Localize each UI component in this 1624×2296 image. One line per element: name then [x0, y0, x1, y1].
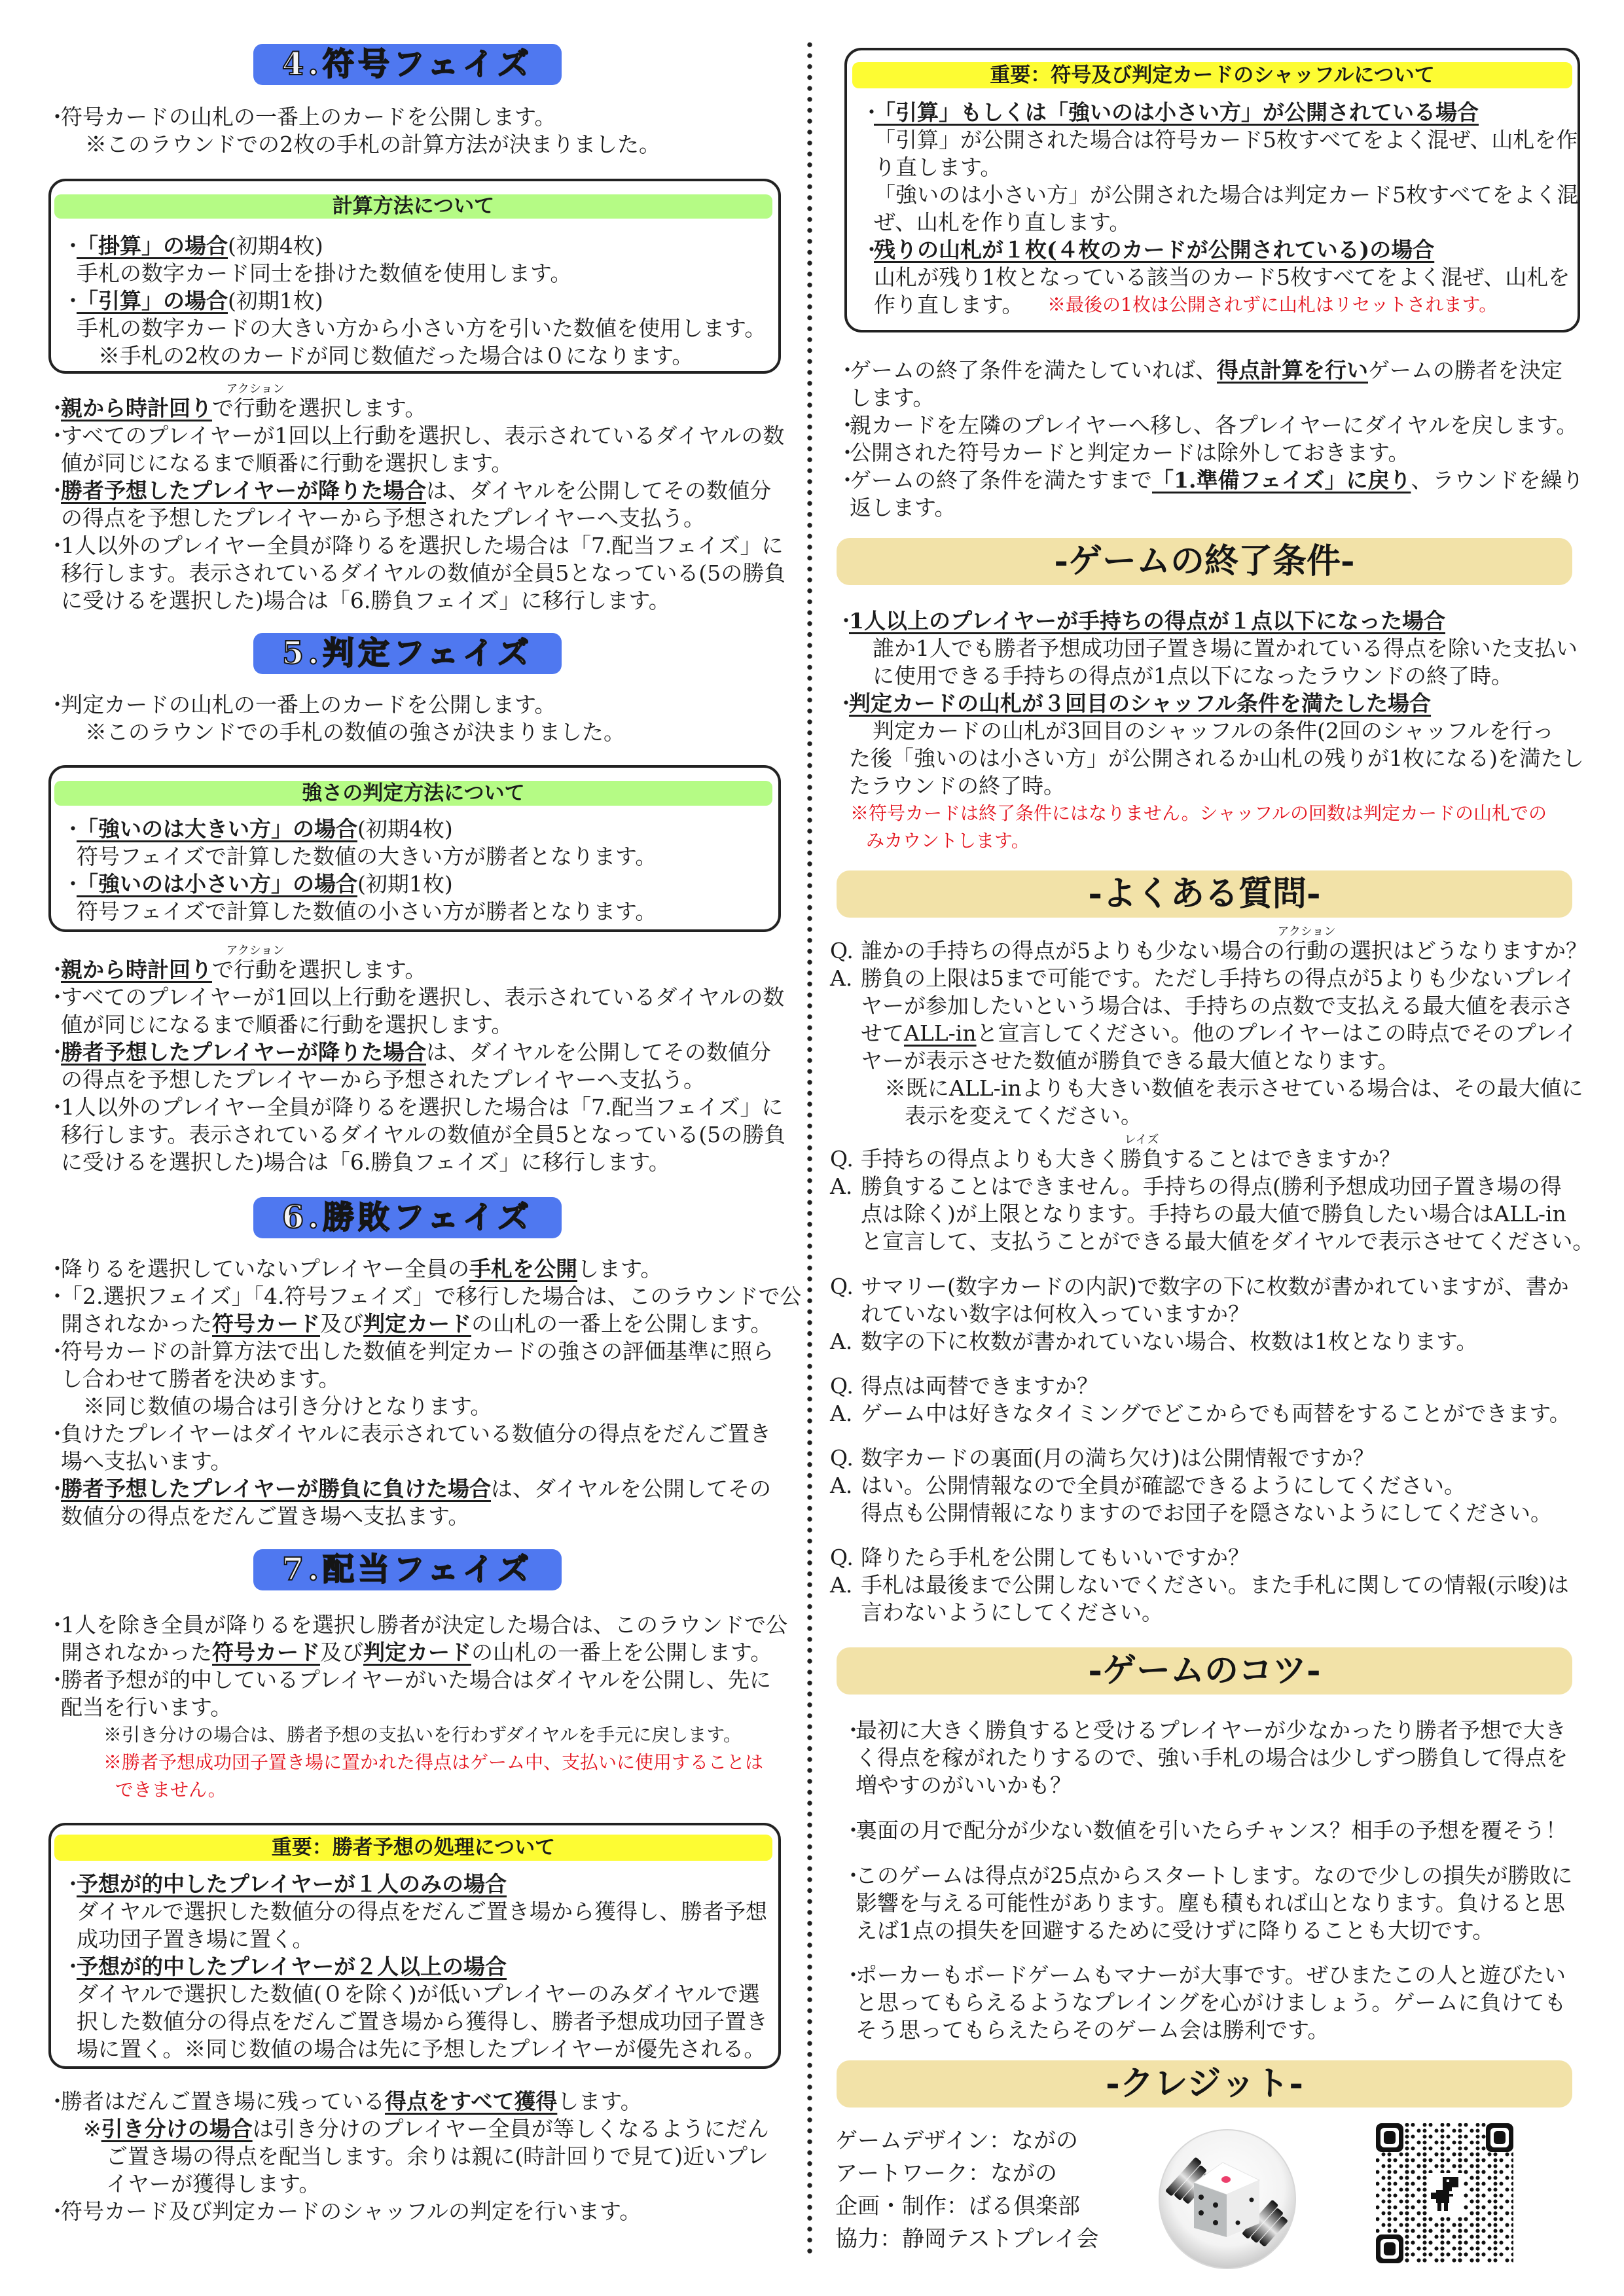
text: は、ダイヤルを公開してその数値分: [426, 478, 771, 503]
credits-header: -クレジット-: [837, 2060, 1572, 2108]
ruby-word: レイズ勝負: [1120, 1145, 1163, 1173]
ruby-base: 行動: [234, 395, 277, 421]
bullet: ・: [46, 532, 61, 560]
text: と宣言してください。他のプレイヤーはこの時点でそのプレイ: [977, 1020, 1578, 1046]
bullet: ・: [842, 1717, 856, 1744]
ruby-base: 行動: [1285, 938, 1328, 963]
intro-line: ・符号カードの山札の一番上のカードを公開します。: [46, 103, 660, 131]
faq-question: Q.得点は両替できますか？: [830, 1372, 1571, 1400]
text: 1人以外のプレイヤー全員が降りるを選択した場合は「7.配当フェイズ」に: [61, 533, 784, 558]
draw-note: ※引き分けの場合は、勝者予想の支払いを行わずダイヤルを手元に戻します。: [46, 1721, 787, 1749]
text: 開されなかった: [61, 1311, 212, 1336]
text: このゲームは得点が25点からスタートします。なので少しの損失が勝敗に: [856, 1863, 1572, 1888]
rule-line: ・勝者予想したプレイヤーが降りた場合は、ダイヤルを公開してその数値分: [46, 477, 785, 505]
emphasis-text: ALL-in: [904, 1020, 977, 1046]
faq-answer-cont: と宣言して、支払うことができる最大値をダイヤルで表示させてください。: [830, 1228, 1594, 1255]
rule-line: ・ゲームの終了条件を満たすまで「1.準備フェイズ」に戻り、ラウンドを繰り: [837, 467, 1583, 494]
bullet: ・: [46, 1475, 61, 1503]
rule-line-cont: 場へ支払います。: [46, 1448, 802, 1475]
ruby-annotation: アクション: [226, 384, 284, 395]
text: 及び: [320, 1311, 363, 1336]
rule-line: ・負けたプレイヤーはダイヤルに表示されている数値分の得点をだんご置き: [46, 1420, 802, 1448]
intro-text: 符号カードの山札の一番上のカードを公開します。: [61, 104, 556, 130]
ruby-word: アクション行動: [1285, 937, 1328, 965]
credit-game-design: ゲームデザイン：ながの: [835, 2125, 1099, 2157]
a-label: A.: [830, 1571, 861, 1599]
strength-item-larger: ・「強いのは大きい方」の場合(初期4枚): [62, 816, 657, 843]
text: はい。公開情報なので全員が確認できるようにしてください。: [861, 1473, 1466, 1498]
credits-list: ゲームデザイン：ながの アートワーク：ながの 企画・制作：ばる倶楽部 協力：静岡…: [835, 2125, 1099, 2255]
rule-line-cont: し合わせて勝者を決めます。: [46, 1365, 802, 1393]
bullet: ・: [62, 870, 77, 898]
text: 作り直します。: [874, 292, 1023, 317]
text: 降りたら手札を公開してもいいですか？: [861, 1545, 1250, 1570]
q-label: Q.: [830, 1145, 861, 1173]
item-label: 「引算」もしくは「強いのは小さい方」が公開されている場合: [874, 99, 1479, 125]
faq-question: Q.降りたら手札を公開してもいいですか？: [830, 1544, 1569, 1571]
faq-question: Q.手持ちの得点よりも大きくレイズ勝負することはできますか？: [830, 1145, 1594, 1173]
text: ゲームの勝者を決定: [1368, 357, 1562, 383]
rule-line-cont: 値が同じになるまで順番に行動を選択します。: [46, 1011, 785, 1039]
tip-item-1: ・最初に大きく勝負すると受けるプレイヤーが少なかったり勝者予想で大き く得点を稼…: [842, 1717, 1568, 1799]
tip-line-cont: えば1点の損失を回避するために受けずに降りることも大切です。: [842, 1917, 1572, 1945]
bullet: ・: [46, 1255, 61, 1283]
bullet: ・: [46, 1283, 61, 1310]
q-label: Q.: [830, 937, 861, 965]
phase6-rules: ・降りるを選択していないプレイヤー全員の手札を公開します。 ・「2.選択フェイズ…: [46, 1255, 802, 1530]
item-label: 1人以上のプレイヤーが手持ちの得点が１点以下になった場合: [849, 608, 1445, 634]
item-label: 「強いのは小さい方」の場合: [77, 871, 357, 897]
text: 得点は両替できますか？: [861, 1373, 1098, 1399]
item-desc: 場に置く。※同じ数値の場合は先に予想したプレイヤーが優先される。: [62, 2036, 768, 2063]
phase4-action-rules: ・親から時計回りでアクション行動を選択します。 ・すべてのプレイヤーが1回以上行…: [46, 395, 785, 615]
bullet: ・: [62, 287, 77, 315]
item-count: (初期4枚): [357, 816, 453, 842]
faq-note-cont: 表示を変えてください。: [830, 1102, 1587, 1130]
tip-line-cont: と思ってもらえるようなプレイングを心がけましょう。ゲームに負けても: [842, 1989, 1566, 2017]
phase7-rules: ・1人を除き全員が降りるを選択し勝者が決定した場合は、このラウンドで公 開されな…: [46, 1611, 787, 1804]
bullet: ・: [861, 99, 874, 126]
phase4-intro: ・符号カードの山札の一番上のカードを公開します。 ※このラウンドでの2枚の手札の…: [46, 103, 660, 158]
faq-question: Q.誰かの手持ちの得点が5よりも少ない場合のアクション行動の選択はどうなりますか…: [830, 937, 1587, 965]
text: を選択します。: [277, 395, 426, 421]
rule-line: ・親から時計回りでアクション行動を選択します。: [46, 395, 785, 422]
tip-item-3: ・このゲームは得点が25点からスタートします。なので少しの損失が勝敗に 影響を与…: [842, 1862, 1572, 1945]
strength-method-title: 強さの判定方法について: [54, 781, 772, 806]
rule-line: ・降りるを選択していないプレイヤー全員の手札を公開します。: [46, 1255, 802, 1283]
credit-production: 企画・制作：ばる倶楽部: [835, 2190, 1099, 2223]
item-desc: 誰か1人でも勝者予想成功団子置き場に置かれている得点を除いた支払い: [835, 635, 1584, 662]
rule-line-cont: 開されなかった符号カード及び判定カードの山札の一番上を公開します。: [46, 1639, 787, 1666]
bullet: ・: [835, 690, 849, 717]
phase5-heading: 5.判定フェイズ: [253, 633, 562, 674]
emphasis-text: 引き分けの場合: [101, 2116, 253, 2142]
rule-line-cont: 値が同じになるまで順番に行動を選択します。: [46, 450, 785, 477]
phase4-heading: 4.符号フェイズ: [253, 44, 562, 85]
rule-line: ・親カードを左隣のプレイヤーへ移し、各プレイヤーにダイヤルを戻します。: [837, 412, 1583, 439]
bullet: ・: [837, 357, 850, 384]
tip-line: ・裏面の月で配分が少ない数値を引いたらチャンス？相手の予想を覆そう！: [842, 1817, 1567, 1844]
intro-text: 判定カードの山札の一番上のカードを公開します。: [61, 692, 556, 717]
text: ポーカーもボードゲームもマナーが大事です。ぜひまたこの人と遊びたい: [856, 1962, 1566, 1988]
faq-question-cont: れていない数字は何枚入っていますか？: [830, 1300, 1569, 1328]
phase7-closing: ・勝者はだんご置き場に残っている得点をすべて獲得します。 ※引き分けの場合は引き…: [46, 2088, 769, 2225]
rule-line-cont: 返します。: [837, 494, 1583, 522]
faq-item-6: Q.降りたら手札を公開してもいいですか？ A.手札は最後まで公開しないでください…: [830, 1544, 1569, 1626]
text: 勝者予想が的中しているプレイヤーがいた場合はダイヤルを公開し、先に: [61, 1667, 771, 1693]
item-desc: た後「強いのは小さい方」が公開されるか山札の残りが1枚になる)を満たし: [835, 745, 1584, 772]
item-desc: 符号フェイズで計算した数値の大きい方が勝者となります。: [62, 843, 657, 870]
bullet: ・: [46, 691, 61, 719]
shuffle-case-revealed: ・「引算」もしくは「強いのは小さい方」が公開されている場合: [861, 99, 1578, 126]
tip-line-cont: く得点を稼がれたりするので、強い手札の場合は少しずつ勝負して得点を: [842, 1744, 1568, 1772]
text: 「2.選択フェイズ」「4.符号フェイズ」で移行した場合は、このラウンドで公: [61, 1283, 802, 1309]
shuffle-case-last-card: ・残りの山札が１枚(４枚のカードが公開されている)の場合: [861, 236, 1578, 264]
text: します。: [577, 1256, 662, 1282]
rule-line-cont: の得点を予想したプレイヤーから予想されたプレイヤーへ支払う。: [46, 505, 785, 532]
rule-line: ・1人以外のプレイヤー全員が降りるを選択した場合は「7.配当フェイズ」に: [46, 1094, 785, 1121]
text: で: [212, 395, 234, 421]
emphasis-text: 手札を公開: [469, 1256, 577, 1282]
tip-line: ・最初に大きく勝負すると受けるプレイヤーが少なかったり勝者予想で大き: [842, 1717, 1568, 1744]
prediction-processing-list: ・予想が的中したプレイヤーが１人のみの場合 ダイヤルで選択した数値分の得点をだん…: [62, 1871, 768, 2063]
a-label: A.: [830, 1173, 861, 1200]
text: 開されなかった: [61, 1640, 212, 1665]
bullet: ・: [62, 232, 77, 260]
item-label: 「引算」の場合: [77, 288, 228, 314]
emphasis-text: 「1.準備フェイズ」に戻り: [1152, 467, 1411, 493]
item-desc: たラウンドの終了時。: [835, 772, 1584, 800]
item-note: ※手札の2枚のカードが同じ数値だった場合は０になります。: [62, 342, 766, 370]
faq-question: Q.サマリー(数字カードの内訳)で数字の下に枚数が書かれていますが、書か: [830, 1273, 1569, 1300]
faq-header: -よくある質問-: [837, 870, 1572, 918]
text: 数字の下に枚数が書かれていない場合、枚数は1枚となります。: [861, 1329, 1477, 1354]
item-label: 「強いのは大きい方」の場合: [77, 816, 357, 842]
bullet: ・: [842, 1862, 856, 1890]
calc-item-multiply: ・「掛算」の場合(初期4枚): [62, 232, 766, 260]
rule-line: ・符号カード及び判定カードのシャッフルの判定を行います。: [46, 2198, 769, 2225]
text: ゲームの終了条件を満たしていれば、: [850, 357, 1217, 383]
rule-line: ・勝者予想したプレイヤーが勝負に負けた場合は、ダイヤルを公開してその: [46, 1475, 802, 1503]
text: 手札は最後まで公開しないでください。また手札に関しての情報(示唆)は: [861, 1572, 1569, 1598]
text: ゲームの終了条件を満たすまで: [850, 467, 1152, 493]
ruby-annotation: アクション: [226, 945, 284, 957]
bullet: ・: [46, 1039, 61, 1066]
item-desc: に使用できる手持ちの得点が1点以下になったラウンドの終了時。: [835, 662, 1584, 690]
warning-note: ※最後の1枚は公開されずに山札はリセットされます。: [1047, 291, 1497, 319]
text: の山札の一番上を公開します。: [471, 1640, 772, 1665]
rule-line: ・1人を除き全員が降りるを選択し勝者が決定した場合は、このラウンドで公: [46, 1611, 787, 1639]
item-desc: ダイヤルで選択した数値(０を除く)が低いプレイヤーのみダイヤルで選: [62, 1981, 768, 2008]
text: 符号カードの計算方法で出した数値を判定カードの強さの評価基準に照ら: [61, 1338, 774, 1364]
text: ゲーム中は好きなタイミングでどこからでも両替をすることができます。: [861, 1401, 1571, 1426]
rule-line: ・勝者はだんご置き場に残っている得点をすべて獲得します。: [46, 2088, 769, 2115]
ruby-annotation: アクション: [1277, 926, 1335, 938]
rule-line: ・すべてのプレイヤーが1回以上行動を選択し、表示されているダイヤルの数: [46, 984, 785, 1011]
text: 、ラウンドを繰り: [1411, 467, 1583, 493]
case-one-winner: ・予想が的中したプレイヤーが１人のみの場合: [62, 1871, 768, 1898]
item-desc: 択した数値分の得点をだんご置き場から獲得し、勝者予想成功団子置き: [62, 2008, 768, 2036]
calc-method-list: ・「掛算」の場合(初期4枚) 手札の数字カード同士を掛けた数値を使用します。 ・…: [62, 232, 766, 370]
rule-line-cont: に受けるを選択した)場合は「6.勝負フェイズ」に移行します。: [46, 1149, 785, 1176]
intro-line: ・判定カードの山札の一番上のカードを公開します。: [46, 691, 625, 719]
faq-answer-cont: 言わないようにしてください。: [830, 1599, 1569, 1626]
tip-item-2: ・裏面の月で配分が少ない数値を引いたらチャンス？相手の予想を覆そう！: [842, 1817, 1567, 1844]
rule-line: ・符号カードの計算方法で出した数値を判定カードの強さの評価基準に照ら: [46, 1338, 802, 1365]
bullet: ・: [46, 477, 61, 505]
item-desc: 作り直します。※最後の1枚は公開されずに山札はリセットされます。: [861, 291, 1578, 319]
item-desc: 手札の数字カードの大きい方から小さい方を引いた数値を使用します。: [62, 315, 766, 342]
bullet: ・: [46, 2088, 61, 2115]
column-divider: [807, 39, 812, 2259]
text: 親カードを左隣のプレイヤーへ移し、各プレイヤーにダイヤルを戻します。: [850, 412, 1578, 438]
text: 負けたプレイヤーはダイヤルに表示されている数値分の得点をだんご置き: [61, 1421, 771, 1446]
end-conditions-list: ・1人以上のプレイヤーが手持ちの得点が１点以下になった場合 誰か1人でも勝者予想…: [835, 607, 1584, 855]
rule-note: ※引き分けの場合は引き分けのプレイヤー全員が等しくなるようにだん: [46, 2115, 769, 2143]
bullet: ・: [46, 984, 61, 1011]
text: 1人を除き全員が降りるを選択し勝者が決定した場合は、このラウンドで公: [61, 1612, 787, 1638]
rule-line: ・公開された符号カードと判定カードは除外しておきます。: [837, 439, 1583, 467]
end-conditions-header: -ゲームの終了条件-: [837, 538, 1572, 585]
faq-answer: A.はい。公開情報なので全員が確認できるようにしてください。: [830, 1472, 1552, 1499]
bullet: ・: [46, 1666, 61, 1694]
text: を選択します。: [277, 957, 426, 982]
a-label: A.: [830, 1400, 861, 1427]
emphasis-text: 判定カード: [363, 1311, 471, 1336]
text: せて: [861, 1020, 904, 1046]
bullet: ・: [837, 439, 850, 467]
warning-note: ※符号カードは終了条件にはなりません。シャッフルの回数は判定カードの山札での: [835, 800, 1584, 827]
bullet: ・: [46, 2198, 61, 2225]
phase5-intro: ・判定カードの山札の一番上のカードを公開します。 ※このラウンドでの手札の数値の…: [46, 691, 625, 746]
item-count: (初期1枚): [357, 871, 453, 897]
q-label: Q.: [830, 1372, 861, 1400]
q-label: Q.: [830, 1273, 861, 1300]
text: 公開された符号カードと判定カードは除外しておきます。: [850, 440, 1409, 465]
tip-line: ・ポーカーもボードゲームもマナーが大事です。ぜひまたこの人と遊びたい: [842, 1962, 1566, 1989]
faq-question: Q.数字カードの裏面(月の満ち欠け)は公開情報ですか？: [830, 1444, 1552, 1472]
emphasis-text: 親から時計回り: [61, 957, 212, 982]
text: 勝負することはできません。手持ちの得点(勝利予想成功団子置き場の得: [861, 1174, 1562, 1199]
item-label: 「掛算」の場合: [77, 233, 228, 259]
rule-line: ・すべてのプレイヤーが1回以上行動を選択し、表示されているダイヤルの数: [46, 422, 785, 450]
rule-line: ・「2.選択フェイズ」「4.符号フェイズ」で移行した場合は、このラウンドで公: [46, 1283, 802, 1310]
emphasis-text: 得点計算を行い: [1217, 357, 1368, 383]
faq-answer-cont: 点は除く)が上限となります。手持ちの最大値で勝負したい場合はALL-in: [830, 1200, 1594, 1228]
text: 降りるを選択していないプレイヤー全員の: [61, 1256, 469, 1282]
text: の選択はどうなりますか？: [1328, 938, 1587, 963]
rule-note-cont: イヤーが獲得します。: [46, 2170, 769, 2198]
text: 1人以外のプレイヤー全員が降りるを選択した場合は「7.配当フェイズ」に: [61, 1094, 784, 1120]
text: 勝負の上限は5まで可能です。ただし手持ちの得点が5よりも少ないプレイ: [861, 965, 1576, 991]
bullet: ・: [46, 395, 61, 422]
item-desc: り直します。: [861, 154, 1578, 181]
credit-cooperation: 協力：静岡テストプレイ会: [835, 2223, 1099, 2255]
rule-line: ・ゲームの終了条件を満たしていれば、得点計算を行いゲームの勝者を決定: [837, 357, 1583, 384]
text: は引き分けのプレイヤー全員が等しくなるようにだん: [253, 2116, 769, 2142]
bullet: ・: [842, 1962, 856, 1989]
tips-header: -ゲームのコツ-: [837, 1647, 1572, 1695]
faq-item-4: Q.得点は両替できますか？ A.ゲーム中は好きなタイミングでどこからでも両替をす…: [830, 1372, 1571, 1427]
phase6-heading: 6.勝敗フェイズ: [253, 1197, 562, 1238]
item-desc: 「強いのは小さい方」が公開された場合は判定カード5枚すべてをよく混: [861, 181, 1578, 209]
rule-line: ・親から時計回りでアクション行動を選択します。: [46, 956, 785, 984]
item-label: 予想が的中したプレイヤーが２人以上の場合: [77, 1954, 507, 1979]
text: は、ダイヤルを公開してその: [491, 1476, 771, 1501]
item-count: (初期4枚): [228, 233, 323, 259]
dice-logo-icon: [1157, 2128, 1297, 2270]
text: 最初に大きく勝負すると受けるプレイヤーが少なかったり勝者予想で大き: [856, 1717, 1566, 1743]
q-label: Q.: [830, 1544, 861, 1571]
text: サマリー(数字カードの内訳)で数字の下に枚数が書かれていますが、書か: [861, 1274, 1569, 1299]
item-label: 予想が的中したプレイヤーが１人のみの場合: [77, 1871, 507, 1897]
rule-line-cont: に受けるを選択した)場合は「6.勝負フェイズ」に移行します。: [46, 587, 785, 615]
warning-note: ※勝者予想成功団子置き場に置かれた得点はゲーム中、支払いに使用することは: [46, 1749, 787, 1776]
faq-item-1: Q.誰かの手持ちの得点が5よりも少ない場合のアクション行動の選択はどうなりますか…: [830, 937, 1587, 1130]
faq-answer: A.勝負することはできません。手持ちの得点(勝利予想成功団子置き場の得: [830, 1173, 1594, 1200]
emphasis-text: 勝者予想したプレイヤーが降りた場合: [61, 478, 426, 503]
ruby-word: アクション行動: [234, 395, 277, 422]
item-label: 判定カードの山札が３回目のシャッフル条件を満たした場合: [849, 691, 1431, 716]
text: 及び: [320, 1640, 363, 1665]
bullet: ・: [46, 1338, 61, 1365]
case-multiple-winners: ・予想が的中したプレイヤーが２人以上の場合: [62, 1953, 768, 1981]
intro-note: ※このラウンドでの手札の数値の強さが決まりました。: [46, 719, 625, 746]
bullet: ・: [835, 607, 849, 635]
item-desc: ぜ、山札を作り直します。: [861, 209, 1578, 236]
a-label: A.: [830, 1328, 861, 1355]
text: 裏面の月で配分が少ない数値を引いたらチャンス？相手の予想を覆そう！: [856, 1818, 1567, 1843]
a-label: A.: [830, 965, 861, 992]
faq-answer-cont: ヤーが表示させた数値が勝負できる最大値となります。: [830, 1047, 1587, 1075]
text: で: [212, 957, 234, 982]
text: 誰かの手持ちの得点が5よりも少ない場合の: [861, 938, 1285, 963]
faq-item-5: Q.数字カードの裏面(月の満ち欠け)は公開情報ですか？ A.はい。公開情報なので…: [830, 1444, 1552, 1527]
text: することはできますか？: [1163, 1146, 1401, 1172]
text: 符号カード及び判定カードのシャッフルの判定を行います。: [61, 2198, 641, 2224]
rule-note: ※同じ数値の場合は引き分けとなります。: [46, 1393, 802, 1420]
bullet: ・: [62, 816, 77, 843]
strength-item-smaller: ・「強いのは小さい方」の場合(初期1枚): [62, 870, 657, 898]
tip-line-cont: そう思ってもらえたらそのゲーム会は勝利です。: [842, 2017, 1566, 2044]
rule-line: ・勝者予想したプレイヤーが降りた場合は、ダイヤルを公開してその数値分: [46, 1039, 785, 1066]
rule-line-cont: 開されなかった符号カード及び判定カードの山札の一番上を公開します。: [46, 1310, 802, 1338]
bullet: ・: [842, 1817, 856, 1844]
text: 手持ちの得点よりも大きく: [861, 1146, 1120, 1172]
text: 勝者はだんご置き場に残っている: [61, 2089, 385, 2114]
round-end-steps: ・ゲームの終了条件を満たしていれば、得点計算を行いゲームの勝者を決定 します。 …: [837, 357, 1583, 522]
faq-item-3: Q.サマリー(数字カードの内訳)で数字の下に枚数が書かれていますが、書か れてい…: [830, 1273, 1569, 1355]
text: は、ダイヤルを公開してその数値分: [426, 1039, 771, 1065]
tip-line-cont: 増やすのがいいかも？: [842, 1772, 1568, 1799]
prediction-processing-title: 重要：勝者予想の処理について: [54, 1835, 772, 1861]
emphasis-text: 判定カード: [363, 1640, 471, 1665]
emphasis-text: 得点をすべて獲得: [385, 2089, 557, 2114]
item-count: (初期1枚): [228, 288, 323, 314]
emphasis-text: 符号カード: [212, 1311, 320, 1336]
note-mark: ※: [83, 2116, 101, 2142]
bullet: ・: [837, 467, 850, 494]
faq-answer: A.ゲーム中は好きなタイミングでどこからでも両替をすることができます。: [830, 1400, 1571, 1427]
bullet: ・: [46, 1094, 61, 1121]
rule-line-cont: 配当を行います。: [46, 1694, 787, 1721]
end-condition-third-shuffle: ・判定カードの山札が３回目のシャッフル条件を満たした場合: [835, 690, 1584, 717]
bullet: ・: [46, 956, 61, 984]
rule-line-cont: 移行します。表示されているダイヤルの数値が全員5となっている(5の勝負: [46, 560, 785, 587]
item-desc: 「引算」が公開された場合は符号カード5枚すべてをよく混ぜ、山札を作: [861, 126, 1578, 154]
end-condition-low-score: ・1人以上のプレイヤーが手持ちの得点が１点以下になった場合: [835, 607, 1584, 635]
text: の山札の一番上を公開します。: [471, 1311, 772, 1336]
bullet: ・: [46, 422, 61, 450]
bullet: ・: [861, 236, 874, 264]
bullet: ・: [62, 1953, 77, 1981]
calc-item-subtract: ・「引算」の場合(初期1枚): [62, 287, 766, 315]
rule-line-cont: します。: [837, 384, 1583, 412]
ruby-base: 勝負: [1120, 1146, 1163, 1172]
bullet: ・: [46, 103, 61, 131]
item-desc: 判定カードの山札が3回目のシャッフルの条件(2回のシャッフルを行っ: [835, 717, 1584, 745]
faq-note: ※既にALL-inよりも大きい数値を表示させている場合は、その最大値に: [830, 1075, 1587, 1102]
tip-line-cont: 影響を与える可能性があります。塵も積もれば山となります。負けると思: [842, 1890, 1572, 1917]
faq-answer-cont: 得点も公開情報になりますのでお団子を隠さないようにしてください。: [830, 1499, 1552, 1527]
ruby-word: アクション行動: [234, 956, 277, 984]
rule-note-cont: ご置き場の得点を配当します。余りは親に(時計回りで見て)近いプレ: [46, 2143, 769, 2170]
strength-method-list: ・「強いのは大きい方」の場合(初期4枚) 符号フェイズで計算した数値の大きい方が…: [62, 816, 657, 925]
emphasis-text: 勝者予想したプレイヤーが降りた場合: [61, 1039, 426, 1065]
faq-answer: A.手札は最後まで公開しないでください。また手札に関しての情報(示唆)は: [830, 1571, 1569, 1599]
q-label: Q.: [830, 1444, 861, 1472]
bullet: ・: [62, 1871, 77, 1898]
tip-line: ・このゲームは得点が25点からスタートします。なので少しの損失が勝敗に: [842, 1862, 1572, 1890]
item-label: 残りの山札が１枚(４枚のカードが公開されている)の場合: [874, 237, 1434, 262]
item-desc: ダイヤルで選択した数値分の得点をだんご置き場から獲得し、勝者予想: [62, 1898, 768, 1926]
intro-note: ※このラウンドでの2枚の手札の計算方法が決まりました。: [46, 131, 660, 158]
bullet: ・: [46, 1420, 61, 1448]
text: 数字カードの裏面(月の満ち欠け)は公開情報ですか？: [861, 1445, 1375, 1471]
text: すべてのプレイヤーが1回以上行動を選択し、表示されているダイヤルの数: [61, 984, 784, 1010]
credit-artwork: アートワーク：ながの: [835, 2157, 1099, 2190]
shuffle-rules-title: 重要：符号及び判定カードのシャッフルについて: [852, 62, 1572, 88]
qr-code-icon: [1375, 2122, 1515, 2265]
rule-line-cont: の得点を予想したプレイヤーから予想されたプレイヤーへ支払う。: [46, 1066, 785, 1094]
shuffle-rules-list: ・「引算」もしくは「強いのは小さい方」が公開されている場合 「引算」が公開された…: [861, 99, 1578, 319]
faq-item-2: Q.手持ちの得点よりも大きくレイズ勝負することはできますか？ A.勝負することは…: [830, 1145, 1594, 1255]
ruby-base: 行動: [234, 957, 277, 982]
emphasis-text: 勝者予想したプレイヤーが勝負に負けた場合: [61, 1476, 491, 1501]
faq-answer-cont: せてALL-inと宣言してください。他のプレイヤーはこの時点でそのプレイ: [830, 1020, 1587, 1047]
warning-note-cont: できません。: [46, 1776, 787, 1804]
emphasis-text: 親から時計回り: [61, 395, 212, 421]
tip-item-4: ・ポーカーもボードゲームもマナーが大事です。ぜひまたこの人と遊びたい と思っても…: [842, 1962, 1566, 2044]
rule-line: ・1人以外のプレイヤー全員が降りるを選択した場合は「7.配当フェイズ」に: [46, 532, 785, 560]
a-label: A.: [830, 1472, 861, 1499]
rule-line: ・勝者予想が的中しているプレイヤーがいた場合はダイヤルを公開し、先に: [46, 1666, 787, 1694]
calc-method-title: 計算方法について: [54, 194, 772, 219]
phase5-action-rules: ・親から時計回りでアクション行動を選択します。 ・すべてのプレイヤーが1回以上行…: [46, 956, 785, 1176]
phase7-heading: 7.配当フェイズ: [253, 1549, 562, 1590]
text: します。: [557, 2089, 641, 2114]
item-desc: 手札の数字カード同士を掛けた数値を使用します。: [62, 260, 766, 287]
warning-note-cont: みカウントします。: [835, 827, 1584, 855]
item-desc: 山札が残り1枚となっている該当のカード5枚すべてをよく混ぜ、山札を: [861, 264, 1578, 291]
bullet: ・: [46, 1611, 61, 1639]
faq-answer-cont: ヤーが参加したいという場合は、手持ちの点数で支払える最大値を表示さ: [830, 992, 1587, 1020]
text: すべてのプレイヤーが1回以上行動を選択し、表示されているダイヤルの数: [61, 423, 784, 448]
faq-answer: A.数字の下に枚数が書かれていない場合、枚数は1枚となります。: [830, 1328, 1569, 1355]
item-desc: 成功団子置き場に置く。: [62, 1926, 768, 1953]
faq-answer: A.勝負の上限は5まで可能です。ただし手持ちの得点が5よりも少ないプレイ: [830, 965, 1587, 992]
item-desc: 符号フェイズで計算した数値の小さい方が勝者となります。: [62, 898, 657, 925]
